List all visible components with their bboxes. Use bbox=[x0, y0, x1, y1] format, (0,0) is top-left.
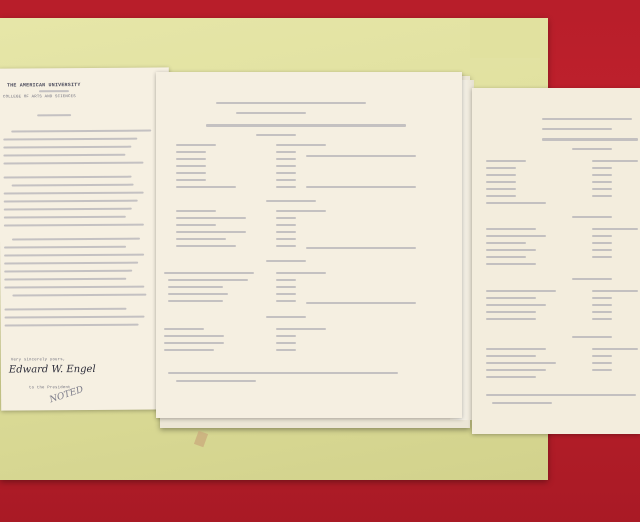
typed-line bbox=[592, 235, 612, 237]
typed-line bbox=[206, 124, 406, 127]
typed-line bbox=[486, 228, 536, 230]
letter-division: COLLEGE OF ARTS AND SCIENCES bbox=[3, 95, 76, 100]
typed-line bbox=[592, 249, 612, 251]
typed-line bbox=[4, 246, 126, 249]
typed-line bbox=[486, 188, 516, 190]
typed-line bbox=[276, 300, 296, 302]
typed-line bbox=[486, 195, 516, 197]
typed-line bbox=[176, 144, 216, 146]
typed-line bbox=[164, 328, 204, 330]
typed-line bbox=[276, 286, 296, 288]
typed-line bbox=[486, 376, 536, 378]
typed-line bbox=[168, 286, 223, 288]
curriculum-page bbox=[156, 72, 462, 418]
typed-line bbox=[276, 151, 296, 153]
typed-line bbox=[276, 349, 296, 351]
letter-date bbox=[37, 114, 71, 116]
curriculum-page-2 bbox=[472, 88, 640, 434]
typed-line bbox=[276, 293, 296, 295]
typed-line bbox=[592, 304, 612, 306]
typed-line bbox=[236, 112, 306, 114]
typed-line bbox=[176, 165, 206, 167]
typed-line bbox=[592, 348, 638, 350]
typed-line bbox=[266, 316, 306, 318]
folder-tab bbox=[470, 18, 540, 58]
typed-line bbox=[4, 262, 138, 265]
typed-line bbox=[492, 402, 552, 404]
typed-line bbox=[486, 311, 536, 313]
letter-signature: Edward W. Engel bbox=[9, 364, 96, 376]
typed-line bbox=[572, 216, 612, 218]
typed-line bbox=[176, 172, 206, 174]
typed-line bbox=[164, 342, 224, 344]
typed-line bbox=[12, 294, 146, 297]
typed-line bbox=[164, 349, 214, 351]
typed-line bbox=[592, 318, 612, 320]
typed-line bbox=[306, 302, 416, 304]
typed-line bbox=[486, 202, 546, 204]
typed-line bbox=[306, 247, 416, 249]
typed-line bbox=[5, 316, 145, 319]
typed-line bbox=[276, 245, 296, 247]
typed-line bbox=[486, 318, 536, 320]
typed-line bbox=[592, 290, 638, 292]
typed-line bbox=[486, 174, 516, 176]
typed-line bbox=[176, 179, 206, 181]
typed-line bbox=[3, 162, 143, 165]
typed-line bbox=[176, 231, 246, 233]
typed-line bbox=[592, 355, 612, 357]
typed-line bbox=[542, 118, 632, 120]
typed-line bbox=[572, 336, 612, 338]
typed-line bbox=[572, 148, 612, 150]
typed-line bbox=[592, 362, 612, 364]
typed-line bbox=[216, 102, 366, 104]
typed-line bbox=[276, 165, 296, 167]
typed-line bbox=[486, 355, 536, 357]
typed-line bbox=[276, 179, 296, 181]
typed-line bbox=[486, 362, 556, 364]
typed-line bbox=[486, 369, 546, 371]
typed-line bbox=[592, 188, 612, 190]
typed-line bbox=[4, 254, 144, 257]
letter-page: THE AMERICAN UNIVERSITY COLLEGE OF ARTS … bbox=[0, 67, 171, 410]
typed-line bbox=[592, 311, 612, 313]
typed-line bbox=[276, 172, 296, 174]
typed-line bbox=[486, 394, 636, 396]
typed-line bbox=[276, 210, 326, 212]
typed-line bbox=[176, 158, 206, 160]
typed-line bbox=[4, 308, 126, 311]
typed-line bbox=[4, 278, 126, 281]
typed-line bbox=[486, 249, 536, 251]
typed-line bbox=[168, 300, 223, 302]
typed-line bbox=[276, 342, 296, 344]
typed-line bbox=[486, 167, 516, 169]
typed-line bbox=[4, 270, 132, 273]
typed-line bbox=[276, 158, 296, 160]
typed-line bbox=[542, 128, 612, 130]
typed-line bbox=[4, 224, 144, 227]
typed-line bbox=[11, 130, 151, 133]
typed-line bbox=[486, 160, 526, 162]
typed-line bbox=[176, 245, 236, 247]
typed-line bbox=[276, 186, 296, 188]
typed-line bbox=[306, 186, 416, 188]
typed-line bbox=[5, 324, 139, 327]
typed-line bbox=[266, 260, 306, 262]
typed-line bbox=[592, 167, 612, 169]
typed-line bbox=[276, 328, 326, 330]
typed-line bbox=[176, 217, 246, 219]
typed-line bbox=[276, 144, 326, 146]
letter-org-name: THE AMERICAN UNIVERSITY bbox=[7, 82, 81, 89]
typed-line bbox=[164, 335, 224, 337]
typed-line bbox=[486, 348, 546, 350]
letter-address-line bbox=[39, 90, 69, 92]
typed-line bbox=[592, 174, 612, 176]
letter-body bbox=[0, 67, 169, 68]
typed-line bbox=[176, 238, 226, 240]
typed-line bbox=[592, 297, 612, 299]
typed-line bbox=[4, 200, 138, 203]
typed-line bbox=[486, 304, 546, 306]
typed-line bbox=[168, 372, 398, 374]
typed-line bbox=[276, 217, 296, 219]
typed-line bbox=[592, 160, 638, 162]
typed-line bbox=[176, 210, 216, 212]
typed-line bbox=[542, 138, 638, 141]
typed-line bbox=[486, 297, 536, 299]
typed-line bbox=[164, 272, 254, 274]
typed-line bbox=[486, 290, 556, 292]
typed-line bbox=[276, 224, 296, 226]
typed-line bbox=[486, 263, 536, 265]
typed-line bbox=[592, 228, 638, 230]
typed-line bbox=[276, 335, 296, 337]
typed-line bbox=[176, 186, 236, 188]
typed-line bbox=[572, 278, 612, 280]
typed-line bbox=[176, 224, 216, 226]
typed-line bbox=[592, 181, 612, 183]
typed-line bbox=[266, 200, 316, 202]
typed-line bbox=[486, 235, 546, 237]
typed-line bbox=[592, 369, 612, 371]
typed-line bbox=[592, 195, 612, 197]
typed-line bbox=[12, 184, 134, 187]
typed-line bbox=[276, 279, 296, 281]
typed-line bbox=[486, 256, 526, 258]
typed-line bbox=[168, 293, 228, 295]
typed-line bbox=[306, 155, 416, 157]
typed-line bbox=[4, 216, 126, 219]
typed-line bbox=[4, 192, 144, 195]
typed-line bbox=[176, 151, 206, 153]
typed-line bbox=[592, 256, 612, 258]
typed-line bbox=[3, 138, 137, 141]
letter-closing: Very sincerely yours, bbox=[11, 358, 66, 362]
typed-line bbox=[276, 238, 296, 240]
typed-line bbox=[176, 380, 256, 382]
typed-line bbox=[3, 154, 125, 157]
typed-line bbox=[276, 231, 296, 233]
typed-line bbox=[276, 272, 326, 274]
typed-line bbox=[3, 146, 131, 149]
typed-line bbox=[4, 286, 144, 289]
typed-line bbox=[256, 134, 296, 136]
typed-line bbox=[486, 242, 526, 244]
typed-line bbox=[4, 176, 132, 179]
typed-line bbox=[12, 238, 140, 241]
typed-line bbox=[168, 279, 248, 281]
typed-line bbox=[4, 208, 132, 211]
typed-line bbox=[592, 242, 612, 244]
typed-line bbox=[486, 181, 516, 183]
